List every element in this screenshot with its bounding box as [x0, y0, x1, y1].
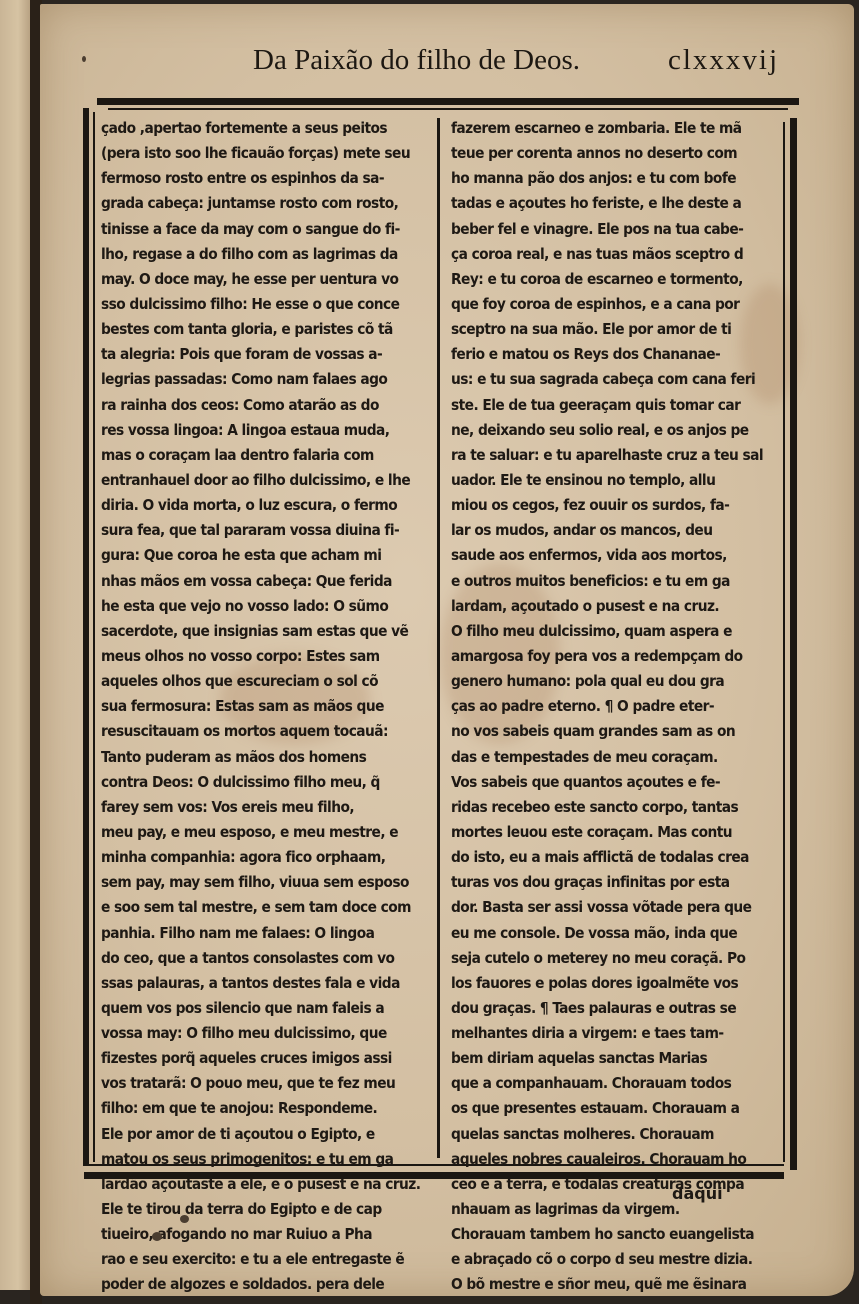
text-line: lho, regase a do filho com as lagrimas d… [101, 242, 433, 267]
text-line: ne, deixando seu solio real, e os anjos … [451, 418, 781, 443]
running-header: Da Paixão do filho de Deos. clxxxvij [253, 44, 779, 86]
text-line: e abraçado cõ o corpo d seu mestre dizia… [451, 1247, 781, 1272]
text-line: contra Deos: O dulcissimo filho meu, q̃ [101, 770, 433, 795]
text-line: saude aos enfermos, vida aos mortos, [451, 543, 781, 568]
text-line: do isto, eu a mais afflictã de todalas c… [451, 845, 781, 870]
text-line: sacerdote, que insignias sam estas que v… [101, 619, 433, 644]
text-line: resuscitauam os mortos aquem tocauã: [101, 719, 433, 744]
text-line: filho: em que te anojou: Respondeme. [101, 1096, 433, 1121]
text-line: que foy coroa de espinhos, e a cana por [451, 292, 781, 317]
ink-speck [152, 1232, 162, 1241]
left-border-thick [83, 108, 89, 1166]
text-line: ssas palauras, a tantos destes fala e vi… [101, 971, 433, 996]
text-line: ridas recebeo este sancto corpo, tantas [451, 795, 781, 820]
right-border-thin [783, 122, 785, 1162]
text-line: poder de algozes e soldados. pera dele [101, 1272, 433, 1297]
text-line: aqueles nobres caualeiros. Chorauam ho [451, 1147, 781, 1172]
text-line: nhas mãos em vossa cabeça: Que ferida [101, 569, 433, 594]
text-line: ta alegria: Pois que foram de vossas a- [101, 342, 433, 367]
left-text-column: çado ,apertao fortemente a seus peitos(p… [101, 116, 433, 1298]
text-line: que a companhauam. Chorauam todos [451, 1071, 781, 1096]
text-line: ça coroa real, e nas tuas mãos sceptro d [451, 242, 781, 267]
text-line: meus olhos no vosso corpo: Estes sam [101, 644, 433, 669]
text-line: os que presentes estauam. Chorauam a [451, 1096, 781, 1121]
text-line: ra rainha dos ceos: Como atarão as do [101, 393, 433, 418]
text-line: lardão açoutaste a ele, e o pusest e na … [101, 1172, 433, 1197]
text-line: e outros muitos beneficios: e tu em ga [451, 569, 781, 594]
text-line: Ele te tirou da terra do Egipto e de cap [101, 1197, 433, 1222]
text-line: sua fermosura: Estas sam as mãos que [101, 694, 433, 719]
text-line: lar os mudos, andar os mancos, deu [451, 518, 781, 543]
text-line: das e tempestades de meu coraçam. [451, 745, 781, 770]
text-line: çado ,apertao fortemente a seus peitos [101, 116, 433, 141]
text-line: teue per corenta annos no deserto com [451, 141, 781, 166]
text-line: vos tratarã: O pouo meu, que te fez meu [101, 1071, 433, 1096]
text-line: ceo e a terra, e todalas creaturas compa [451, 1172, 781, 1197]
text-line: tiueiro, afogando no mar Ruiuo a Pha [101, 1222, 433, 1247]
text-line: Vos sabeis que quantos açoutes e fe- [451, 770, 781, 795]
text-line: beber fel e vinagre. Ele pos na tua cabe… [451, 217, 781, 242]
text-line: rao e seu exercito: e tu a ele entregast… [101, 1247, 433, 1272]
text-line: us: e tu sua sagrada cabeça com cana fer… [451, 367, 781, 392]
text-line: minha companhia: agora fico orphaam, [101, 845, 433, 870]
text-line: O bõ mestre e sñor meu, quẽ me ẽsinara [451, 1272, 781, 1297]
folio-number: clxxxvij [668, 44, 779, 77]
text-line: seja cutelo o meterey no meu coraçã. Po [451, 946, 781, 971]
text-line: may. O doce may, he esse per uentura vo [101, 267, 433, 292]
text-line: vossa may: O filho meu dulcissimo, que [101, 1021, 433, 1046]
text-line: legrias passadas: Como nam falaes ago [101, 367, 433, 392]
text-line: fermoso rosto entre os espinhos da sa- [101, 166, 433, 191]
text-line: ho manna pão dos anjos: e tu com bofe [451, 166, 781, 191]
text-line: sura fea, que tal pararam vossa diuina f… [101, 518, 433, 543]
text-line: Rey: e tu coroa de escarneo e tormento, [451, 267, 781, 292]
text-line: ferio e matou os Reys dos Chananae- [451, 342, 781, 367]
text-line: miou os cegos, fez ouuir os surdos, fa- [451, 493, 781, 518]
text-line: Ele por amor de ti açoutou o Egipto, e [101, 1122, 433, 1147]
text-line: amargosa foy pera vos a redempçam do [451, 644, 781, 669]
left-border-thin [93, 112, 95, 1162]
text-line: dou graças. ¶ Taes palauras e outras se [451, 996, 781, 1021]
text-line: no vos sabeis quam grandes sam as on [451, 719, 781, 744]
text-line: ste. Ele de tua geeraçam quis tomar car [451, 393, 781, 418]
catchword: daqui [672, 1184, 723, 1203]
column-divider [437, 118, 440, 1158]
text-line: mortes leuou este coraçam. Mas contu [451, 820, 781, 845]
text-line: dor. Basta ser assi vossa võtade pera qu… [451, 895, 781, 920]
text-line: he esta que vejo no vosso lado: O sũmo [101, 594, 433, 619]
text-line: entranhauel door ao filho dulcissimo, e … [101, 468, 433, 493]
facing-page-edge [0, 0, 33, 1290]
text-line: mas o coraçam laa dentro falaria com [101, 443, 433, 468]
text-line: Tanto puderam as mãos dos homens [101, 745, 433, 770]
text-line: matou os seus primogenitos: e tu em ga [101, 1147, 433, 1172]
top-rule-thin [108, 108, 788, 110]
text-line: genero humano: pola qual eu dou gra [451, 669, 781, 694]
text-line: aqueles olhos que escureciam o sol cõ [101, 669, 433, 694]
text-line: bem diriam aquelas sanctas Marias [451, 1046, 781, 1071]
text-line: fazerem escarneo e zombaria. Ele te mã [451, 116, 781, 141]
text-line: meu pay, e meu esposo, e meu mestre, e [101, 820, 433, 845]
text-line: e soo sem tal mestre, e sem tam doce com [101, 895, 433, 920]
ink-speck [82, 56, 86, 62]
text-line: nhauam as lagrimas da virgem. [451, 1197, 781, 1222]
text-line: Chorauam tambem ho sancto euangelista [451, 1222, 781, 1247]
text-line: ra te saluar: e tu aparelhaste cruz a te… [451, 443, 781, 468]
text-line: (pera isto soo lhe ficauão forças) mete … [101, 141, 433, 166]
text-line: tinisse a face da may com o sangue do fi… [101, 217, 433, 242]
running-head-title: Da Paixão do filho de Deos. [253, 44, 580, 77]
text-line: quem vos pos silencio que nam faleis a [101, 996, 433, 1021]
top-rule-thick [97, 98, 799, 105]
text-line: res vossa lingoa: A lingoa estaua muda, [101, 418, 433, 443]
text-line: eu me console. De vossa mão, inda que [451, 921, 781, 946]
text-line: farey sem vos: Vos ereis meu filho, [101, 795, 433, 820]
text-line: sso dulcissimo filho: He esse o que conc… [101, 292, 433, 317]
text-line: tadas e açoutes ho feriste, e lhe deste … [451, 191, 781, 216]
text-line: diria. O vida morta, o luz escura, o fer… [101, 493, 433, 518]
text-line: do ceo, que a tantos consolastes com vo [101, 946, 433, 971]
text-line: bestes com tanta gloria, e paristes cõ t… [101, 317, 433, 342]
text-line: sceptro na sua mão. Ele por amor de ti [451, 317, 781, 342]
text-line: fizestes porq̃ aqueles cruces imigos ass… [101, 1046, 433, 1071]
ink-speck [180, 1215, 189, 1223]
text-line: uador. Ele te ensinou no templo, allu [451, 468, 781, 493]
text-line: ças ao padre eterno. ¶ O padre eter- [451, 694, 781, 719]
text-line: los fauores e polas dores igoalmẽte vos [451, 971, 781, 996]
right-text-column: fazerem escarneo e zombaria. Ele te mãte… [451, 116, 781, 1298]
text-line: lardam, açoutado o pusest e na cruz. [451, 594, 781, 619]
right-border-thick [790, 118, 797, 1170]
text-line: turas vos dou graças infinitas por esta [451, 870, 781, 895]
text-line: grada cabeça: juntamse rosto com rosto, [101, 191, 433, 216]
text-line: melhantes diria a virgem: e taes tam- [451, 1021, 781, 1046]
text-line: quelas sanctas molheres. Chorauam [451, 1122, 781, 1147]
text-line: gura: Que coroa he esta que acham mi [101, 543, 433, 568]
text-line: panhia. Filho nam me falaes: O lingoa [101, 921, 433, 946]
text-line: sem pay, may sem filho, viuua sem esposo [101, 870, 433, 895]
text-line: O filho meu dulcissimo, quam aspera e [451, 619, 781, 644]
